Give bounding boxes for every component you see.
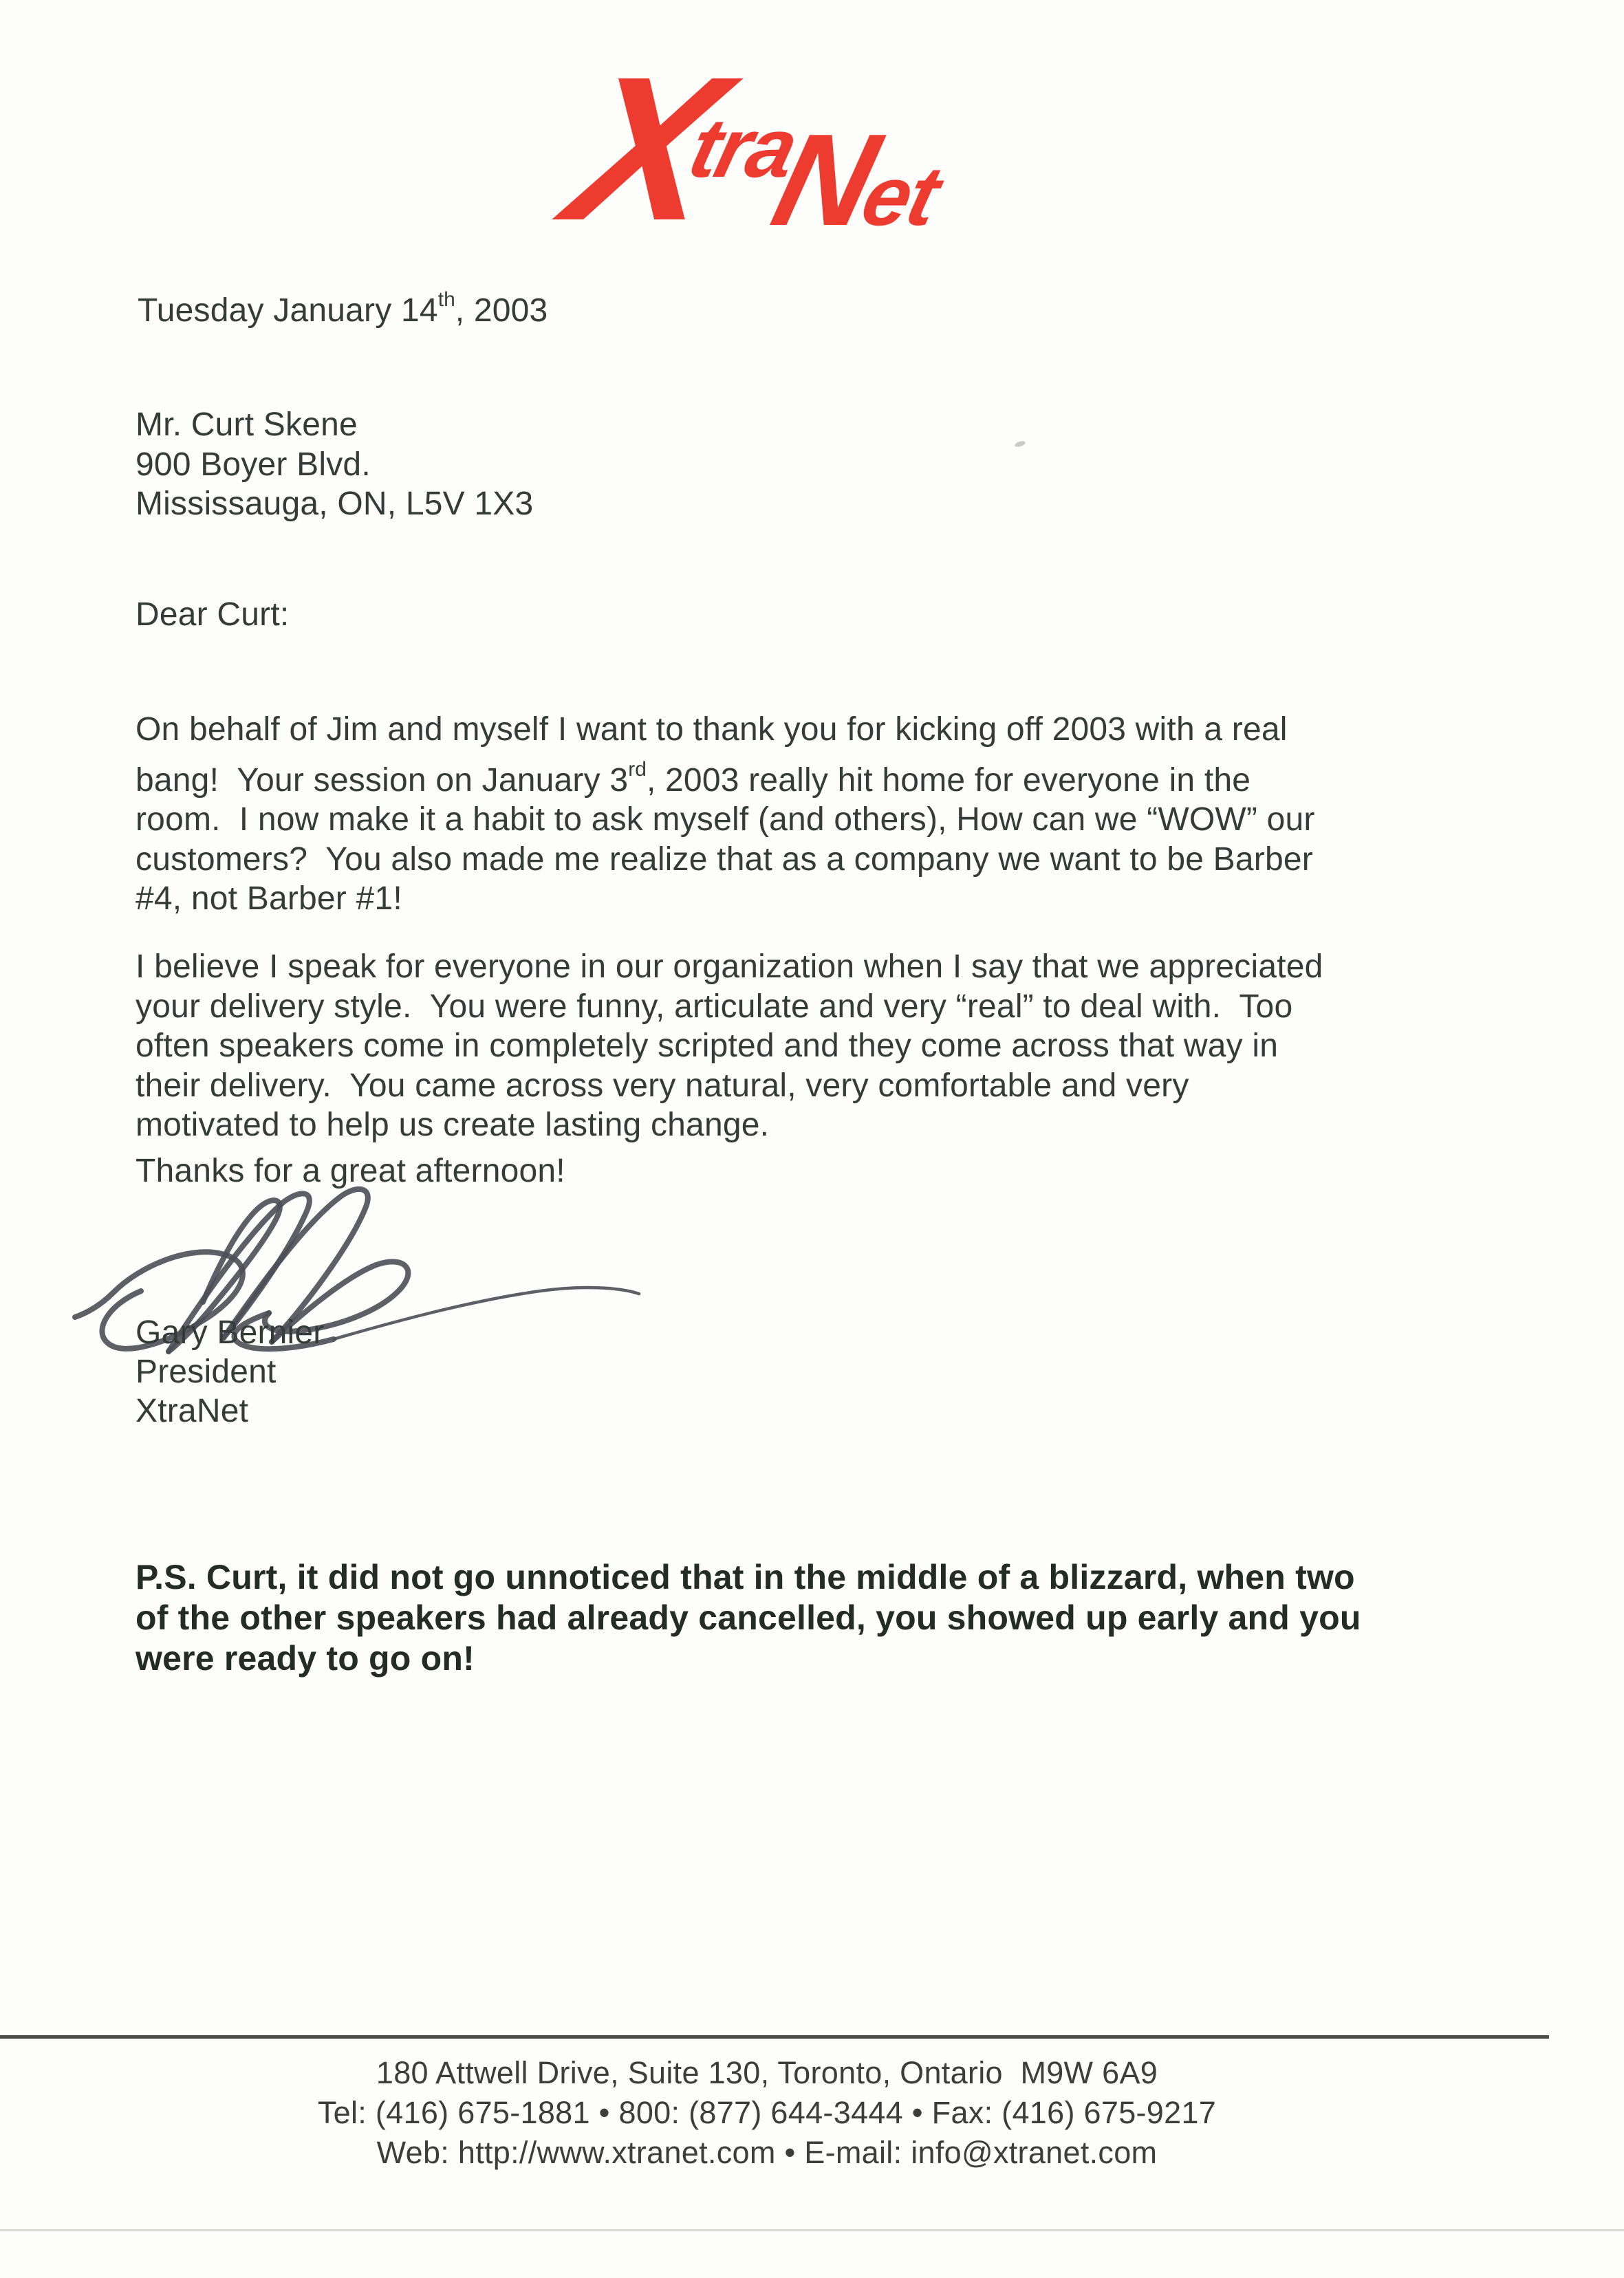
signature-tail [334, 1288, 639, 1339]
scanned-letter-page: XtraNet Tuesday January 14th, 2003 Mr. C… [0, 0, 1624, 2278]
scan-smudge-artifact [1014, 440, 1026, 448]
signer-title: President [136, 1352, 325, 1391]
closing-line: Thanks for a great afternoon! [136, 1151, 565, 1191]
date-year: , 2003 [455, 292, 548, 329]
para1-ordinal-superscript: rd [628, 758, 647, 781]
date-ordinal-superscript: th [438, 288, 455, 311]
letterhead-footer: 180 Attwell Drive, Suite 130, Toronto, O… [0, 2053, 1534, 2173]
footer-divider-rule [0, 2035, 1549, 2039]
postscript-paragraph: P.S. Curt, it did not go unnoticed that … [136, 1557, 1504, 1679]
scan-bottom-edge-line [0, 2229, 1624, 2231]
body-paragraph-1: On behalf of Jim and myself I want to th… [136, 710, 1504, 919]
letter-date: Tuesday January 14th, 2003 [138, 280, 548, 331]
recipient-address-block: Mr. Curt Skene 900 Boyer Blvd. Mississau… [136, 405, 533, 524]
salutation: Dear Curt: [136, 595, 289, 635]
recipient-city: Mississauga, ON, L5V 1X3 [136, 484, 533, 524]
footer-phones: Tel: (416) 675-1881 • 800: (877) 644-344… [0, 2093, 1534, 2133]
recipient-name: Mr. Curt Skene [136, 405, 533, 445]
footer-online: Web: http://www.xtranet.com • E-mail: in… [0, 2133, 1534, 2173]
date-text: Tuesday January 14 [138, 292, 438, 329]
footer-address: 180 Attwell Drive, Suite 130, Toronto, O… [0, 2053, 1534, 2093]
body-paragraph-2: I believe I speak for everyone in our or… [136, 947, 1504, 1145]
xtranet-logo: XtraNet [537, 45, 973, 320]
signature-block: Gary Bernier President XtraNet [136, 1313, 325, 1431]
recipient-street: 900 Boyer Blvd. [136, 445, 533, 485]
signer-company: XtraNet [136, 1391, 325, 1431]
signer-name: Gary Bernier [136, 1313, 325, 1352]
